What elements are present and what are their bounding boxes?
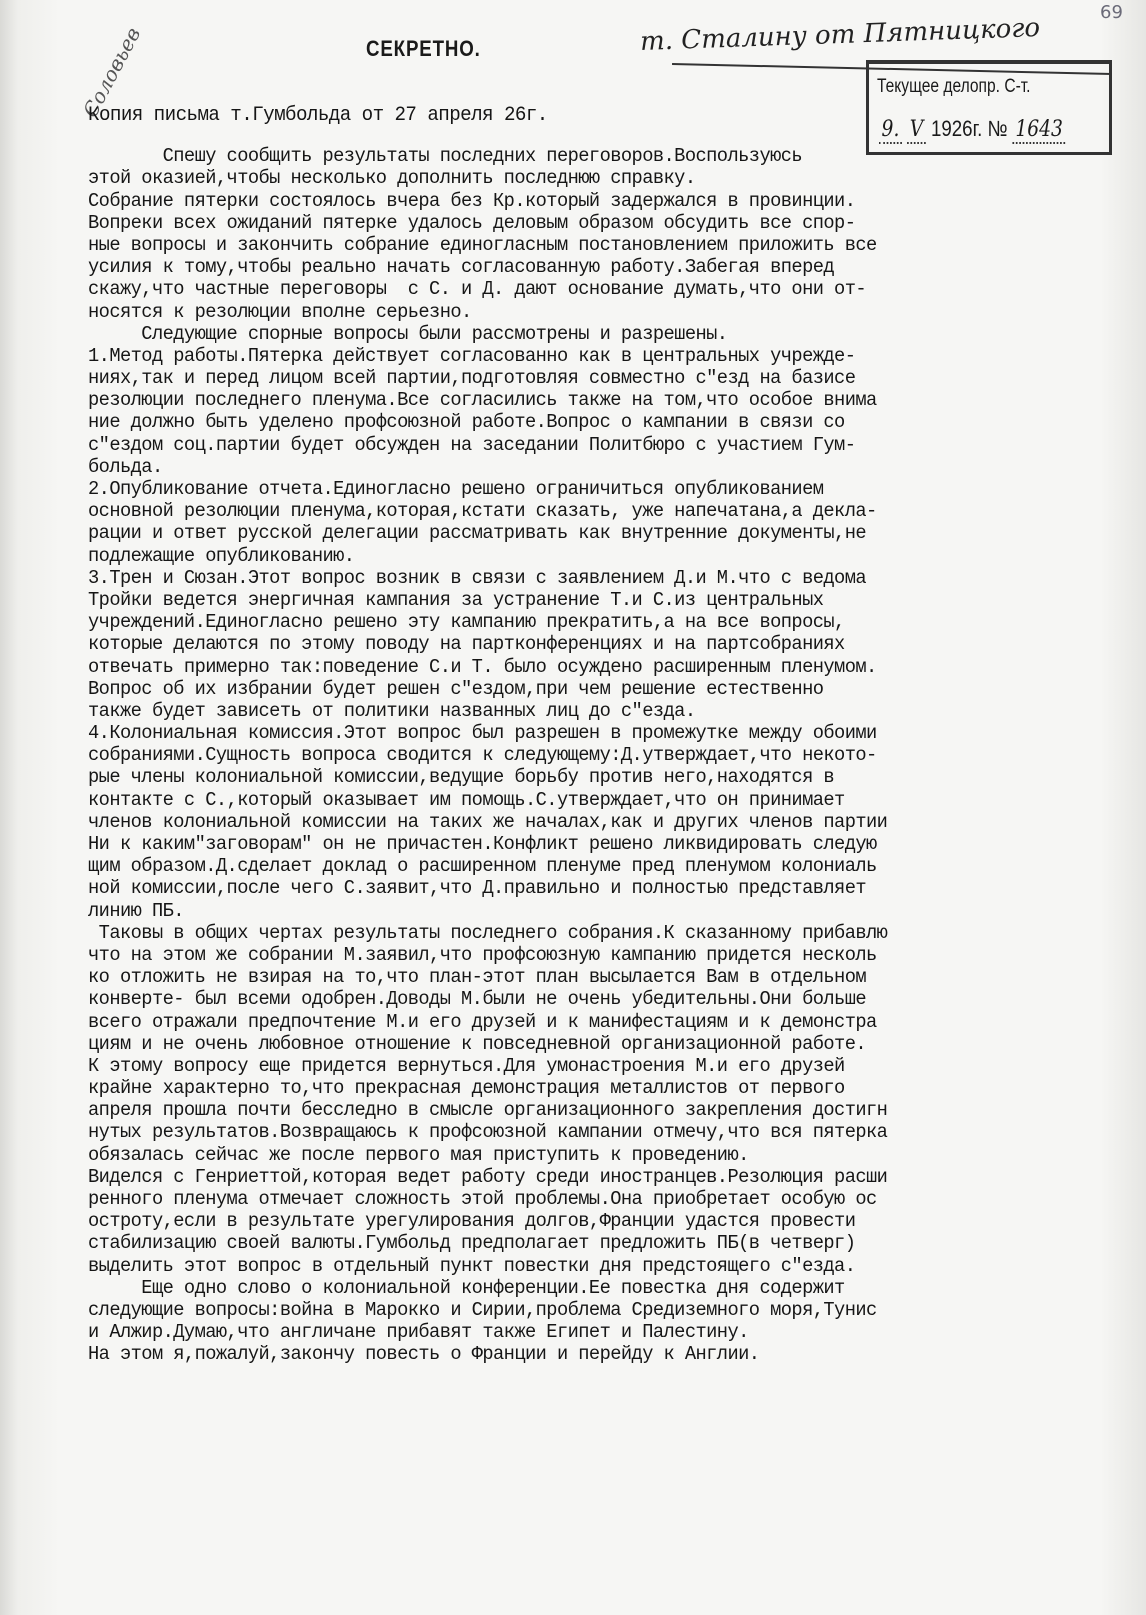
text-line: следующие вопросы:война в Марокко и Сири…	[88, 1299, 1086, 1321]
text-line: рации и ответ русской делегации рассматр…	[88, 522, 1086, 544]
text-line: Спешу сообщить результаты последних пере…	[88, 145, 1086, 167]
text-line: этой оказией,чтобы несколько дополнить п…	[88, 167, 1086, 189]
text-line: основной резолюции пленума,которая,кстат…	[88, 500, 1086, 522]
text-line: учреждений.Единогласно решено эту кампан…	[88, 611, 1086, 633]
text-line: линию ПБ.	[88, 900, 1086, 922]
text-line: ной комиссии,после чего С.заявит,что Д.п…	[88, 877, 1086, 899]
text-line: ниях,так и перед лицом всей партии,подго…	[88, 367, 1086, 389]
text-line: Следующие спорные вопросы были рассмотре…	[88, 323, 1086, 345]
text-line: носятся к резолюции вполне серьезно.	[88, 301, 1086, 323]
text-line: Таковы в общих чертах результаты последн…	[88, 922, 1086, 944]
stamp-label: Текущее делопр. С-т.	[877, 76, 1031, 98]
text-line: ные вопросы и закончить собрание единогл…	[88, 234, 1086, 256]
letter-body: Копия письма т.Гумбольда от 27 апреля 26…	[88, 105, 1128, 1366]
text-line: также будет зависеть от политики названн…	[88, 700, 1086, 722]
text-line: больда.	[88, 456, 1086, 478]
text-line: Тройки ведется энергичная кампания за ус…	[88, 589, 1086, 611]
text-line: крайне характерно то,что прекрасная демо…	[88, 1077, 1086, 1099]
text-line: нутых результатов.Возвращаюсь к профсоюз…	[88, 1121, 1086, 1143]
text-line: резолюции последнего пленума.Все согласи…	[88, 389, 1086, 411]
text-line: собраниями.Сущность вопроса сводится к с…	[88, 744, 1086, 766]
text-line: которые делаются по этому поводу на парт…	[88, 633, 1086, 655]
text-line: Вопрос об их избрании будет решен с"ездо…	[88, 678, 1086, 700]
text-line: Еще одно слово о колониальной конференци…	[88, 1277, 1086, 1299]
text-line: выделить этот вопрос в отдельный пункт п…	[88, 1255, 1086, 1277]
text-line: рые члены колониальной комиссии,ведущие …	[88, 766, 1086, 788]
text-line: и Алжир.Думаю,что англичане прибавят так…	[88, 1321, 1086, 1343]
text-line: стабилизацию своей валюты.Гумбольд предп…	[88, 1232, 1086, 1254]
text-line: контакте с С.,который оказывает им помощ…	[88, 789, 1086, 811]
text-line: 4.Колониальная комиссия.Этот вопрос был …	[88, 722, 1086, 744]
text-line: ко отложить не взирая на то,что план-это…	[88, 966, 1086, 988]
text-line: конверте- был всеми одобрен.Доводы М.был…	[88, 988, 1086, 1010]
text-line: усилия к тому,чтобы реально начать согла…	[88, 256, 1086, 278]
text-line: Собрание пятерки состоялось вчера без Кр…	[88, 190, 1086, 212]
text-line: всего отражали предпочтение М.и его друз…	[88, 1011, 1086, 1033]
handwritten-address: т. Сталину от Пятницкого	[640, 13, 1041, 57]
text-line: циям и не очень любовное отношение к пов…	[88, 1033, 1086, 1055]
text-line: 2.Опубликование отчета.Единогласно решен…	[88, 478, 1086, 500]
text-line: 3.Трен и Сюзан.Этот вопрос возник в связ…	[88, 567, 1086, 589]
letter-lines: Спешу сообщить результаты последних пере…	[88, 145, 1128, 1365]
text-line: 1.Метод работы.Пятерка действует согласо…	[88, 345, 1086, 367]
classification-heading: СЕКРЕТНО.	[366, 36, 481, 62]
text-line: ние должно быть уделено профсоюзной рабо…	[88, 411, 1086, 433]
page-number: 69	[1100, 2, 1123, 23]
text-line: Вопреки всех ожиданий пятерке удалось де…	[88, 212, 1086, 234]
text-line: скажу,что частные переговоры с С. и Д. д…	[88, 278, 1086, 300]
text-line: обязалась сейчас же после первого мая пр…	[88, 1144, 1086, 1166]
text-line: отвечать примерно так:поведение С.и Т. б…	[88, 656, 1086, 678]
text-line: подлежащие опубликованию.	[88, 545, 1086, 567]
text-line: остроту,если в результате урегулирования…	[88, 1210, 1086, 1232]
text-line: членов колониальной комиссии на таких же…	[88, 811, 1086, 833]
text-line: К этому вопросу еще придется вернуться.Д…	[88, 1055, 1086, 1077]
text-line: апреля прошла почти бесследно в смысле о…	[88, 1099, 1086, 1121]
text-line: ренного пленума отмечает сложность этой …	[88, 1188, 1086, 1210]
document-page: 69 СЕКРЕТНО. т. Сталину от Пятницкого Со…	[0, 0, 1146, 1615]
text-line: На этом я,пожалуй,закончу повесть о Фран…	[88, 1343, 1086, 1365]
text-line: что на этом же собрании М.заявил,что про…	[88, 944, 1086, 966]
text-line: Виделся с Генриеттой,которая ведет работ…	[88, 1166, 1086, 1188]
letter-title: Копия письма т.Гумбольда от 27 апреля 26…	[88, 105, 1086, 127]
text-line: Ни к каким"заговорам" он не причастен.Ко…	[88, 833, 1086, 855]
text-line: щим образом.Д.сделает доклад о расширенн…	[88, 855, 1086, 877]
text-line: с"ездом соц.партии будет обсужден на зас…	[88, 434, 1086, 456]
